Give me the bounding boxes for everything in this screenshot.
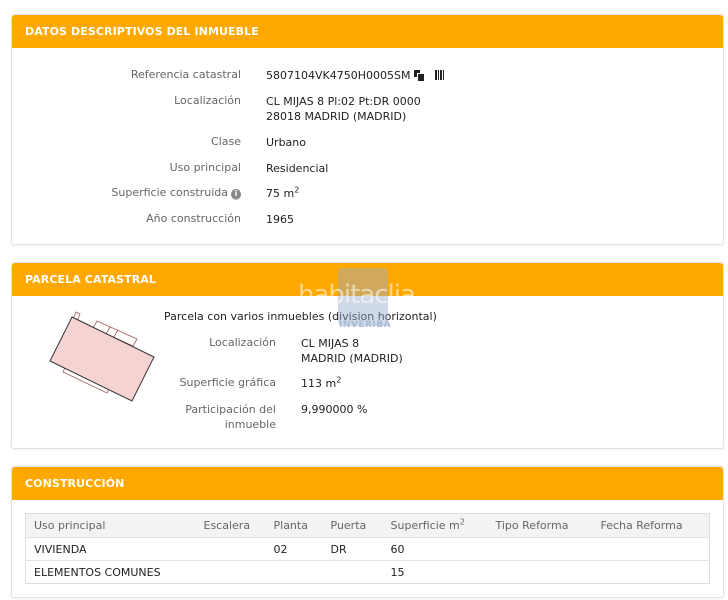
anio-label: Año construcción — [146, 212, 241, 225]
barcode-icon[interactable] — [435, 70, 445, 80]
parcela-catastral-panel: PARCELA CATASTRAL Parcela con varios inm… — [11, 262, 724, 449]
cell-puerta: DR — [323, 538, 383, 561]
cell-superficie: 15 — [383, 561, 488, 584]
parcela-localizacion-line2: MADRID (MADRID) — [301, 351, 403, 366]
cell-planta: 02 — [266, 538, 323, 561]
uso-value: Residencial — [266, 161, 328, 176]
cell-tipo-reforma — [488, 538, 593, 561]
construccion-table: Uso principal Escalera Planta Puerta Sup… — [25, 513, 710, 584]
construccion-panel: CONSTRUCCIÓN Uso principal Escalera Plan… — [11, 466, 724, 598]
construccion-title: CONSTRUCCIÓN — [12, 467, 723, 500]
superficie-grafica-value-group: 113 m2 — [301, 376, 341, 391]
copy-icon[interactable] — [414, 70, 423, 80]
cell-escalera — [196, 561, 266, 584]
participacion-label: Participación del inmueble — [185, 402, 276, 432]
parcel-map[interactable] — [42, 309, 162, 409]
parcela-localizacion-line1: CL MIJAS 8 — [301, 336, 403, 351]
col-superficie: Superficie m2 — [383, 514, 488, 538]
superficie-unit-sup: 2 — [294, 185, 299, 194]
superficie-grafica-unit-sup: 2 — [336, 375, 341, 384]
table-row: VIVIENDA 02 DR 60 — [26, 538, 710, 561]
cell-fecha-reforma — [593, 561, 710, 584]
col-tipo-reforma: Tipo Reforma — [488, 514, 593, 538]
cell-planta — [266, 561, 323, 584]
cell-puerta — [323, 561, 383, 584]
uso-label: Uso principal — [170, 161, 241, 174]
participacion-label-line2: inmueble — [185, 417, 276, 432]
col-fecha-reforma: Fecha Reforma — [593, 514, 710, 538]
table-row: ELEMENTOS COMUNES 15 — [26, 561, 710, 584]
referencia-label: Referencia catastral — [131, 68, 241, 81]
anio-value: 1965 — [266, 212, 294, 227]
clase-value: Urbano — [266, 135, 306, 150]
col-planta: Planta — [266, 514, 323, 538]
superficie-label-group: Superficie construidai — [111, 186, 241, 200]
superficie-value: 75 m — [266, 187, 294, 200]
cell-fecha-reforma — [593, 538, 710, 561]
participacion-value: 9,990000 % — [301, 402, 367, 417]
datos-descriptivos-title: DATOS DESCRIPTIVOS DEL INMUEBLE — [12, 15, 723, 48]
col-escalera: Escalera — [196, 514, 266, 538]
parcela-localizacion-label: Localización — [209, 336, 276, 349]
superficie-grafica-value: 113 m — [301, 377, 336, 390]
localizacion-label: Localización — [174, 94, 241, 107]
localizacion-value: CL MIJAS 8 Pl:02 Pt:DR 0000 28018 MADRID… — [266, 94, 421, 124]
cell-uso: VIVIENDA — [26, 538, 196, 561]
localizacion-line2: 28018 MADRID (MADRID) — [266, 109, 421, 124]
table-header-row: Uso principal Escalera Planta Puerta Sup… — [26, 514, 710, 538]
cell-uso: ELEMENTOS COMUNES — [26, 561, 196, 584]
col-puerta: Puerta — [323, 514, 383, 538]
cell-escalera — [196, 538, 266, 561]
col-uso-principal: Uso principal — [26, 514, 196, 538]
datos-descriptivos-panel: DATOS DESCRIPTIVOS DEL INMUEBLE Referenc… — [11, 14, 724, 245]
parcela-catastral-title: PARCELA CATASTRAL — [12, 263, 723, 296]
info-icon[interactable]: i — [231, 189, 241, 200]
participacion-label-line1: Participación del — [185, 402, 276, 417]
superficie-value-group: 75 m2 — [266, 186, 299, 201]
superficie-grafica-label: Superficie gráfica — [180, 376, 277, 389]
cell-tipo-reforma — [488, 561, 593, 584]
clase-label: Clase — [211, 135, 241, 148]
superficie-label: Superficie construida — [111, 186, 228, 199]
localizacion-line1: CL MIJAS 8 Pl:02 Pt:DR 0000 — [266, 94, 421, 109]
parcela-localizacion-value: CL MIJAS 8 MADRID (MADRID) — [301, 336, 403, 366]
referencia-value-group: 5807104VK4750H0005SM — [266, 68, 445, 83]
parcela-description: Parcela con varios inmuebles (division h… — [164, 309, 437, 324]
referencia-value: 5807104VK4750H0005SM — [266, 69, 410, 82]
cell-superficie: 60 — [383, 538, 488, 561]
